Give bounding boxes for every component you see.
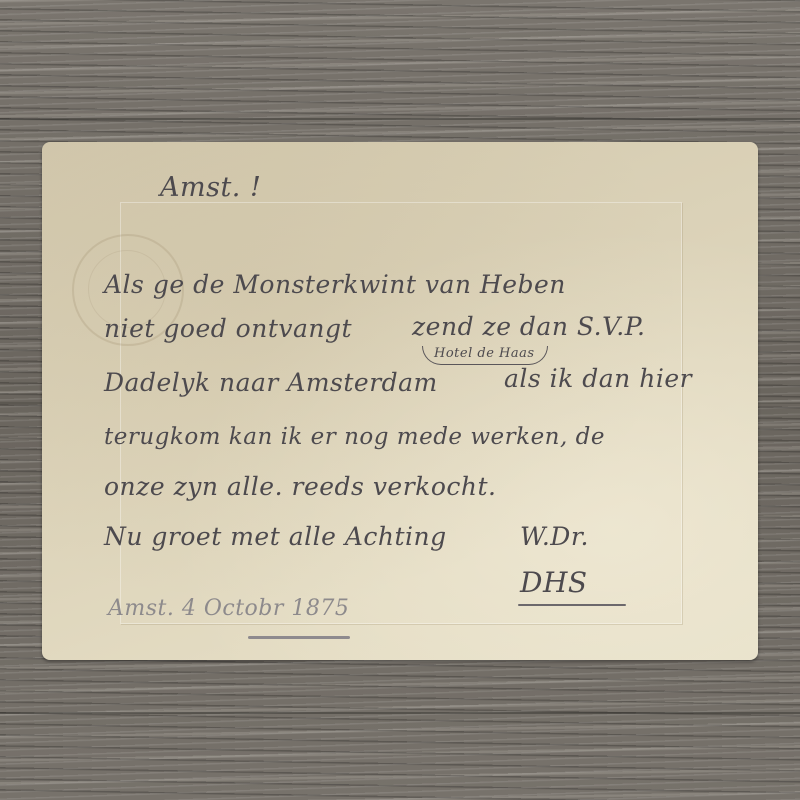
text-line-6: Nu groet met alle Achting [104, 522, 447, 551]
postcard: Amst. ! Als ge de Monsterkwint van Heben… [42, 142, 758, 660]
text-line-2: niet goed ontvangt [104, 314, 352, 343]
signature-underline [518, 604, 626, 606]
date-line: Amst. 4 Octobr 1875 [108, 596, 349, 621]
closing-initials: W.Dr. [520, 522, 589, 551]
embossed-frame [120, 202, 682, 624]
wood-grain-seam [0, 118, 800, 120]
salutation: Amst. ! [160, 172, 261, 203]
insertion-bracket [422, 346, 548, 365]
date-underline [248, 636, 350, 639]
signature: DHS [520, 566, 588, 599]
text-line-2b: zend ze dan S.V.P. [412, 312, 645, 341]
text-line-3: Dadelyk naar Amsterdam [104, 368, 438, 397]
wood-grain-seam [0, 712, 800, 714]
text-line-4: terugkom kan ik er nog mede werken, de [104, 424, 605, 450]
text-line-5: onze zyn alle. reeds verkocht. [104, 472, 496, 501]
text-line-1: Als ge de Monsterkwint van Heben [104, 270, 566, 299]
text-line-3b: als ik dan hier [504, 364, 692, 393]
